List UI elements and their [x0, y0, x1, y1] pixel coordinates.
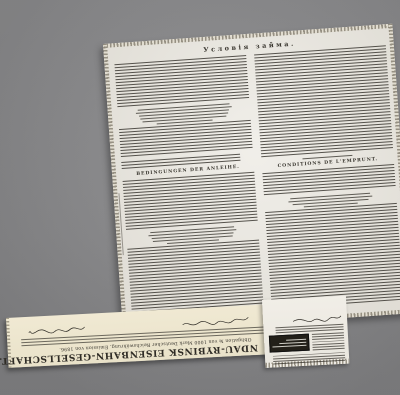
fragment-fine-print — [312, 332, 345, 351]
paragraph-text-block — [254, 45, 393, 158]
sheet-content: Условія займа. BEDINGUNGEN DER ANLEIHE. — [113, 30, 400, 326]
bond-terms-sheet: Условія займа. BEDINGUNGEN DER ANLEIHE. — [103, 24, 400, 334]
photo-background: Условія займа. BEDINGUNGEN DER ANLEIHE. — [0, 0, 400, 395]
paragraph-text-block — [114, 55, 249, 108]
signature-script — [291, 313, 343, 325]
talon-strip: NDAU-RYBINSK EISENBAHN-GESELLSCHAFT. Obl… — [6, 304, 272, 368]
signature-script — [26, 323, 86, 336]
right-text-column: CONDITIONS DE L'EMPRUNT. — [254, 45, 400, 325]
two-column-text: BEDINGUNGEN DER ANLEIHE. CONDITIONS DE L — [114, 45, 400, 335]
paper-fragment — [262, 296, 349, 368]
left-text-column: BEDINGUNGEN DER ANLEIHE. — [114, 55, 265, 335]
paragraph-text-block — [265, 203, 400, 310]
stamp-box — [269, 334, 310, 353]
strip-flipped-content: NDAU-RYBINSK EISENBAHN-GESELLSCHAFT. Obl… — [6, 304, 272, 368]
fragment-flipped-content — [262, 296, 349, 368]
paragraph-text-block — [123, 172, 258, 231]
fragment-fine-print — [273, 351, 346, 365]
